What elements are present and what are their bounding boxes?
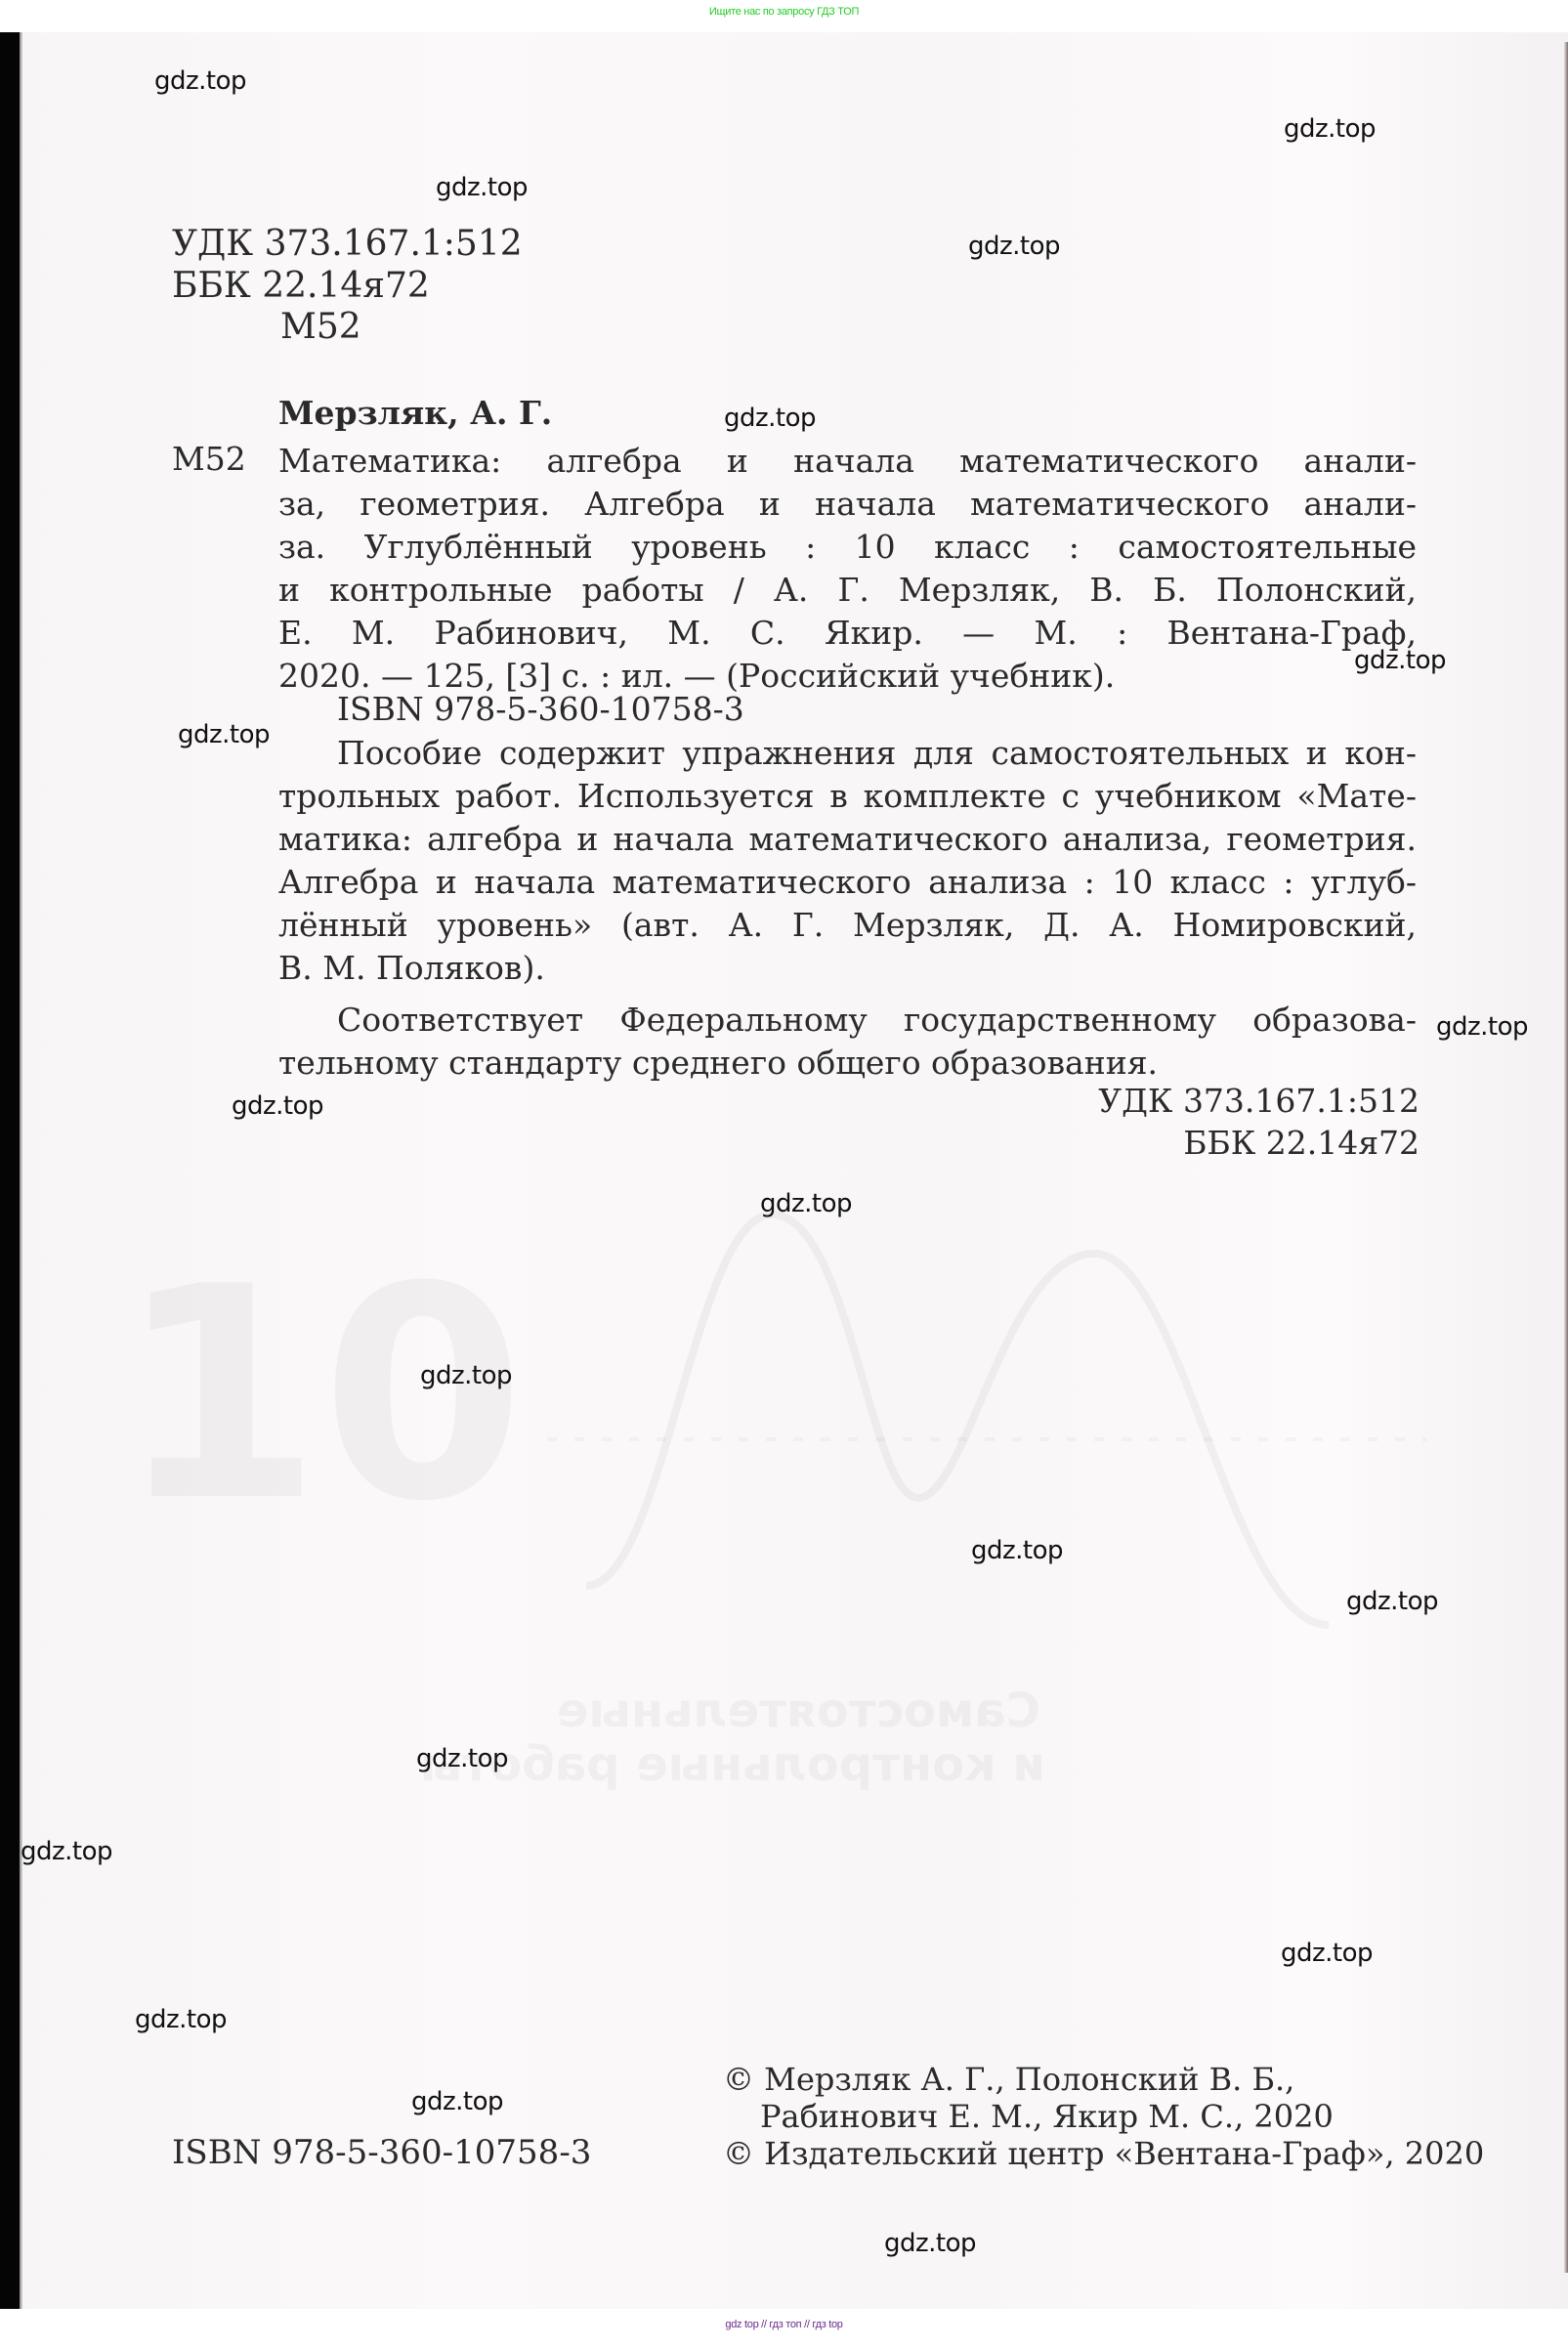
show-through-caption-2: и контрольные работы [420, 1737, 1045, 1792]
watermark: gdz.top [21, 1837, 112, 1866]
watermark: gdz.top [154, 66, 246, 96]
watermark: gdz.top [971, 1536, 1063, 1565]
udk-code: УДК 373.167.1:512 [172, 225, 523, 264]
watermark: gdz.top [968, 232, 1060, 261]
page-edge-right [1564, 42, 1568, 2273]
bottom-promo-banner[interactable]: gdz top // гдз топ // гдз top [0, 2319, 1568, 2330]
author-mark: М52 [280, 308, 361, 347]
watermark: gdz.top [760, 1189, 852, 1218]
annotation-udk: УДК 373.167.1:512 [1098, 1082, 1420, 1121]
show-through-sine-graph [547, 1175, 1426, 1664]
watermark: gdz.top [1436, 1012, 1528, 1042]
watermark: gdz.top [135, 2005, 227, 2034]
copyright-line-1: © Мерзляк А. Г., Полонский В. Б., [723, 2060, 1294, 2099]
entry-isbn: ISBN 978-5-360-10758-3 [337, 690, 744, 729]
description-line: Е. М. Рабинович, М. С. Якир. — М. : Вент… [278, 612, 1417, 655]
description-line: за. Углублённый уровень : 10 класс : сам… [278, 526, 1417, 569]
book-spine-shadow [0, 32, 20, 2309]
annotation-line: Алгебра и начала математического анализа… [278, 861, 1417, 904]
watermark: gdz.top [436, 173, 528, 202]
watermark: gdz.top [420, 1361, 512, 1390]
watermark: gdz.top [232, 1091, 323, 1121]
annotation-line: тельному стандарту среднего общего образ… [278, 1042, 1417, 1085]
bibliographic-description: Математика: алгебра и начала математичес… [278, 440, 1417, 698]
watermark: gdz.top [178, 720, 270, 749]
watermark: gdz.top [724, 404, 816, 433]
copyright-line-3: © Издательский центр «Вентана-Граф», 202… [723, 2134, 1484, 2173]
page-edge-left [20, 32, 22, 2309]
annotation-bbk: ББК 22.14я72 [1183, 1124, 1420, 1163]
annotation-line: В. М. Поляков). [278, 947, 1417, 990]
watermark: gdz.top [1284, 114, 1376, 144]
top-promo-banner[interactable]: Ищите нас по запросу ГДЗ ТОП [0, 6, 1568, 18]
description-line: Математика: алгебра и начала математичес… [278, 440, 1417, 483]
description-line: и контрольные работы / А. Г. Мерзляк, В.… [278, 569, 1417, 612]
watermark: gdz.top [1281, 1939, 1373, 1968]
copyright-line-2: Рабинович Е. М., Якир М. С., 2020 [760, 2097, 1334, 2136]
author-heading: Мерзляк, А. Г. [278, 394, 552, 433]
watermark: gdz.top [884, 2229, 976, 2258]
watermark: gdz.top [411, 2087, 503, 2116]
bbk-code: ББК 22.14я72 [172, 267, 430, 306]
show-through-number: 10 [117, 1224, 525, 1565]
annotation-line: лённый уровень» (авт. А. Г. Мерзляк, Д. … [278, 904, 1417, 947]
watermark: gdz.top [1346, 1587, 1438, 1616]
annotation-line: трольных работ. Используется в комплекте… [278, 775, 1417, 818]
entry-mark: М52 [172, 440, 246, 479]
footer-isbn: ISBN 978-5-360-10758-3 [172, 2133, 591, 2172]
annotation-line: матика: алгебра и начала математического… [278, 818, 1417, 861]
watermark: gdz.top [1354, 646, 1446, 675]
description-line: за, геометрия. Алгебра и начала математи… [278, 483, 1417, 526]
annotation-paragraph-1: Пособие содержит упражнения для самостоя… [278, 732, 1417, 990]
annotation-paragraph-2: Соответствует Федеральному государственн… [278, 999, 1417, 1085]
annotation-line: Пособие содержит упражнения для самостоя… [278, 732, 1417, 775]
annotation-line: Соответствует Федеральному государственн… [278, 999, 1417, 1042]
watermark: gdz.top [416, 1744, 508, 1773]
show-through-caption-1: Самостоятельные [557, 1684, 1040, 1738]
